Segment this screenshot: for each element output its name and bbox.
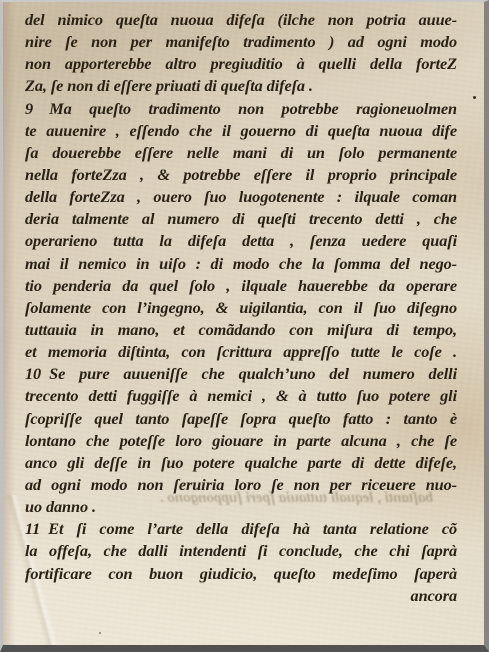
- text-line: uo danno .: [25, 496, 457, 518]
- text-line: operarieno tutta la difeſa detta , ſenza…: [25, 230, 457, 252]
- text-line-paragraph-9: 9 Ma queſto tradimento non potrebbe ragi…: [25, 98, 457, 120]
- text-line: la offeſa, che dalli intendenti ſi concl…: [25, 540, 457, 562]
- text-line: mai il nemico in uiſo : di modo che la ſ…: [25, 253, 457, 275]
- ink-speck: [99, 632, 101, 634]
- text-line: del nimico queſta nuoua difeſa (ilche no…: [25, 9, 457, 31]
- text-line: non apporterebbe altro pregiuditio à que…: [25, 53, 457, 75]
- text-line: ſolamente con l’ingegno, & uigilantia, c…: [25, 297, 457, 319]
- text-line: trecento detti fuggiſſe à nemici , & à t…: [25, 385, 457, 407]
- text-line: lontano che poteſſe loro giouare in part…: [25, 430, 457, 452]
- catchword-line: ancora: [25, 585, 457, 607]
- text-line: Za, ſe non di eſſere priuati di queſta d…: [25, 75, 457, 97]
- text-line: anco gli deſſe in ſuo potere qualche par…: [25, 452, 457, 474]
- text-line: tio penderia da quel ſolo , ilquale haue…: [25, 275, 457, 297]
- text-line: deria talmente al numero di queſti trece…: [25, 208, 457, 230]
- text-line: et memoria diſtinta, con ſcrittura appre…: [25, 341, 457, 363]
- text-line-paragraph-10: 10 Se pure auueniſſe che qualch’uno del …: [25, 363, 457, 385]
- page-text-block: del nimico queſta nuoua difeſa (ilche no…: [25, 9, 457, 607]
- text-line: ſcopriſſe quel tanto ſapeſſe ſopra queſt…: [25, 408, 457, 430]
- text-line-paragraph-11: 11 Et ſi come l’arte della difeſa hà tan…: [25, 518, 457, 540]
- text-line: ſa douerebbe eſſere nelle mani di un ſol…: [25, 142, 457, 164]
- text-line: della forteZza , ouero ſuo luogotenente …: [25, 186, 457, 208]
- text-line: fortificare con buon giudicio, queſto me…: [25, 563, 457, 585]
- text-line: ad ogni modo non ſeruiria loro ſe non pe…: [25, 474, 457, 496]
- text-line: nire ſe non per manifeſto tradimento ) a…: [25, 31, 457, 53]
- text-line: nella forteZza , & potrebbe eſſere il pr…: [25, 164, 457, 186]
- ink-speck: [473, 96, 476, 99]
- text-line: te auuenire , eſſendo che il gouerno di …: [25, 120, 457, 142]
- scanned-book-page: baſtanti , lequali tuttauia ſperi ſuppon…: [0, 0, 489, 652]
- text-line: tuttauia in mano, et comãdando con miſur…: [25, 319, 457, 341]
